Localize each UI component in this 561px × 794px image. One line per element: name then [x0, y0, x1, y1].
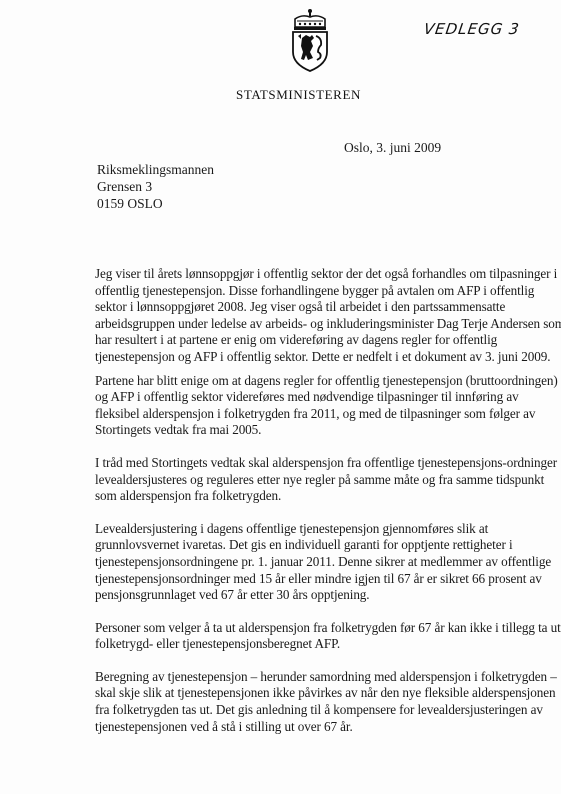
recipient-address: Riksmeklingsmannen Grensen 3 0159 OSLO — [97, 161, 214, 212]
paragraph: I tråd med Stortingets vedtak skal alder… — [95, 455, 561, 505]
recipient-name: Riksmeklingsmannen — [97, 161, 214, 178]
letter-body: Jeg viser til årets lønnsoppgjør i offen… — [95, 266, 561, 735]
recipient-postal: 0159 OSLO — [97, 195, 214, 212]
sender-heading: STATSMINISTEREN — [0, 87, 561, 103]
paragraph: Partene har blitt enige om at dagens reg… — [95, 373, 561, 439]
handwritten-attachment-note: VEDLEGG 3 — [423, 20, 521, 38]
paragraph: Beregning av tjenestepensjon – herunder … — [95, 669, 561, 735]
paragraph: Jeg viser til årets lønnsoppgjør i offen… — [95, 266, 561, 366]
norwegian-coat-of-arms-icon — [288, 8, 332, 72]
date-line: Oslo, 3. juni 2009 — [344, 140, 441, 156]
paragraph: Personer som velger å ta ut alderspensjo… — [95, 620, 561, 653]
recipient-street: Grensen 3 — [97, 178, 214, 195]
letter-page: VEDLEGG 3 STATSMINISTEREN Oslo, 3. juni … — [0, 0, 561, 794]
paragraph: Levealdersjustering i dagens offentlige … — [95, 521, 561, 604]
